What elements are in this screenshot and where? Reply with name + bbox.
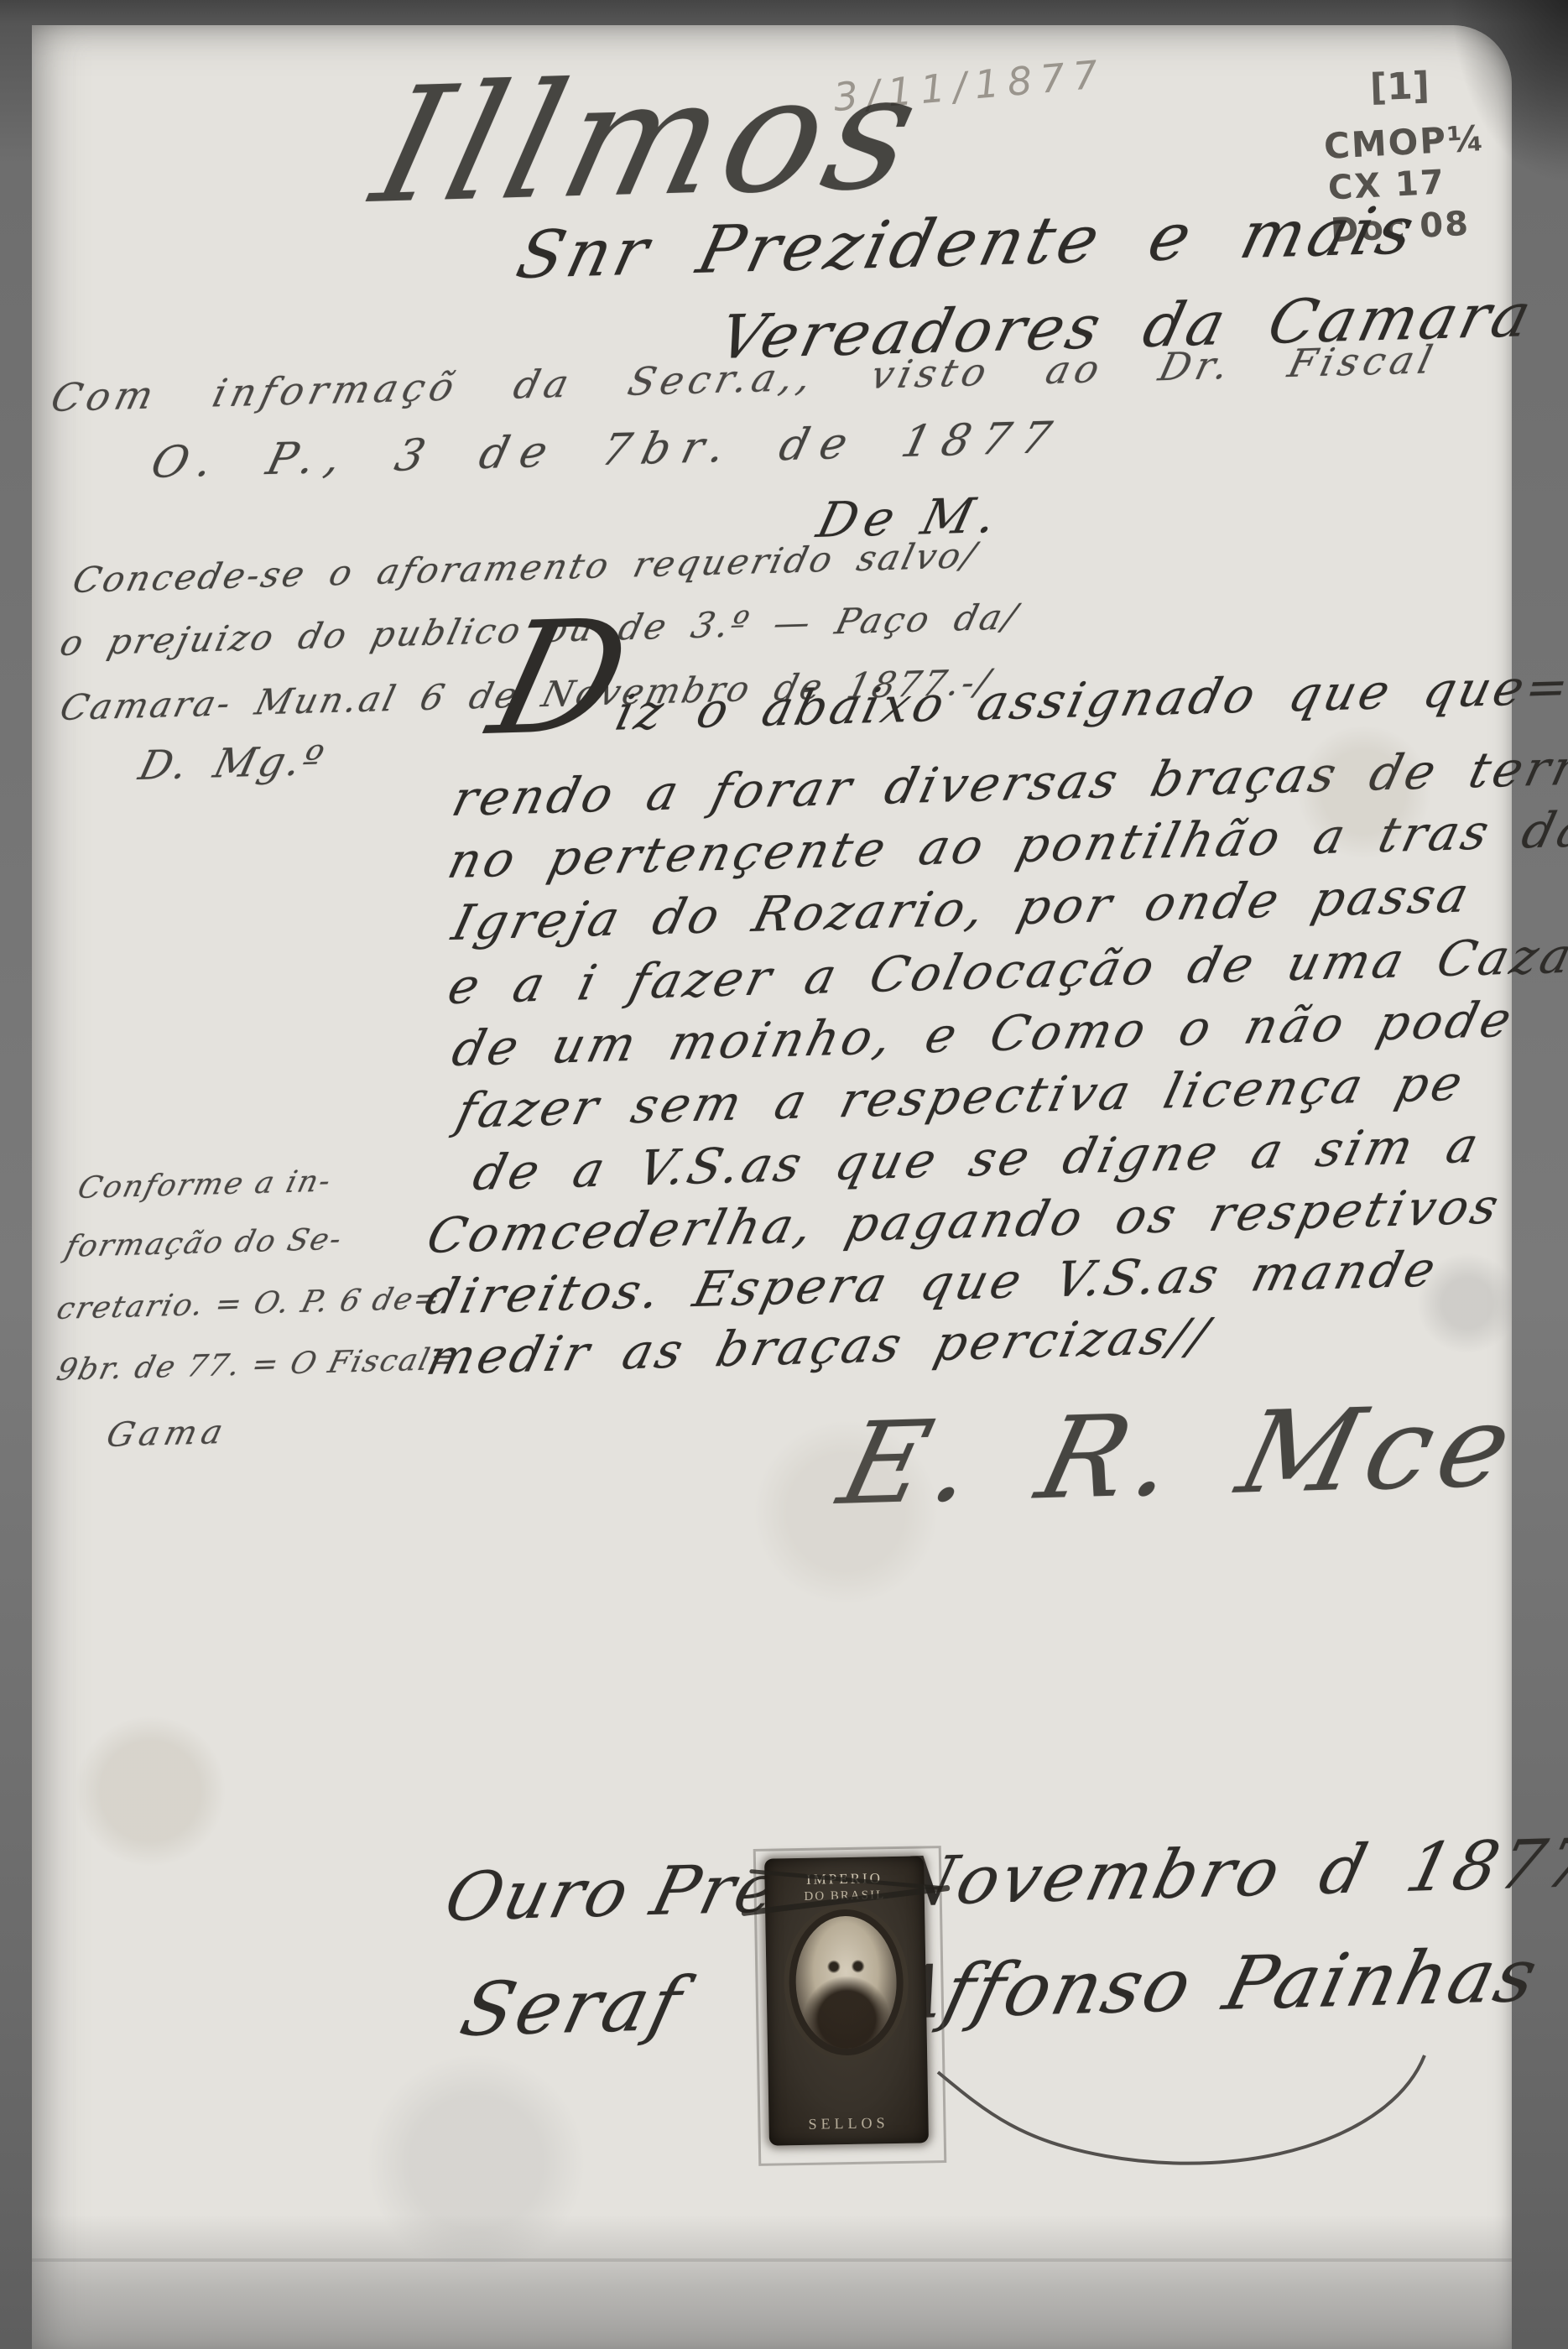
- signature-flourish: [888, 2039, 1475, 2206]
- margin-note-line: cretario. = O. P. 6 de=: [54, 1283, 445, 1325]
- scanner-corner-shadow: [1451, 0, 1568, 185]
- emperor-portrait: [794, 1915, 898, 2050]
- heading-honorific: Illmos: [361, 48, 939, 230]
- stamp-footer: SELLOS: [768, 2113, 928, 2133]
- closing-formula: E. R. Mce: [830, 1387, 1530, 1524]
- archival-number: [1]: [1369, 65, 1430, 109]
- margin-note-line: 9br. de 77. = O Fiscal=: [54, 1344, 461, 1387]
- signature-surname: Affonso Painhas: [882, 1937, 1546, 2033]
- scanned-document: 3/11/1877 [1] CMOP¼ CX 17 Doc 08 Illmos …: [0, 0, 1568, 2349]
- margin-note-line: formação do Se-: [62, 1224, 346, 1263]
- secretarial-line2: O. P., 3 de 7br. de 1877: [147, 415, 1067, 487]
- signature-first-name: Seraf: [454, 1966, 691, 2050]
- despacho-signature: D. Mg.º: [135, 740, 330, 787]
- margin-note-line: Conforme a in-: [75, 1166, 335, 1205]
- margin-note-signature: Gama: [103, 1414, 232, 1453]
- dateline-date: Novembro d 1877: [888, 1828, 1568, 1918]
- scanner-shadow: [32, 2215, 1512, 2349]
- paper-sheet: 3/11/1877 [1] CMOP¼ CX 17 Doc 08 Illmos …: [32, 25, 1512, 2349]
- petition-line: Diz o abaixo assignado que que=: [481, 649, 1568, 749]
